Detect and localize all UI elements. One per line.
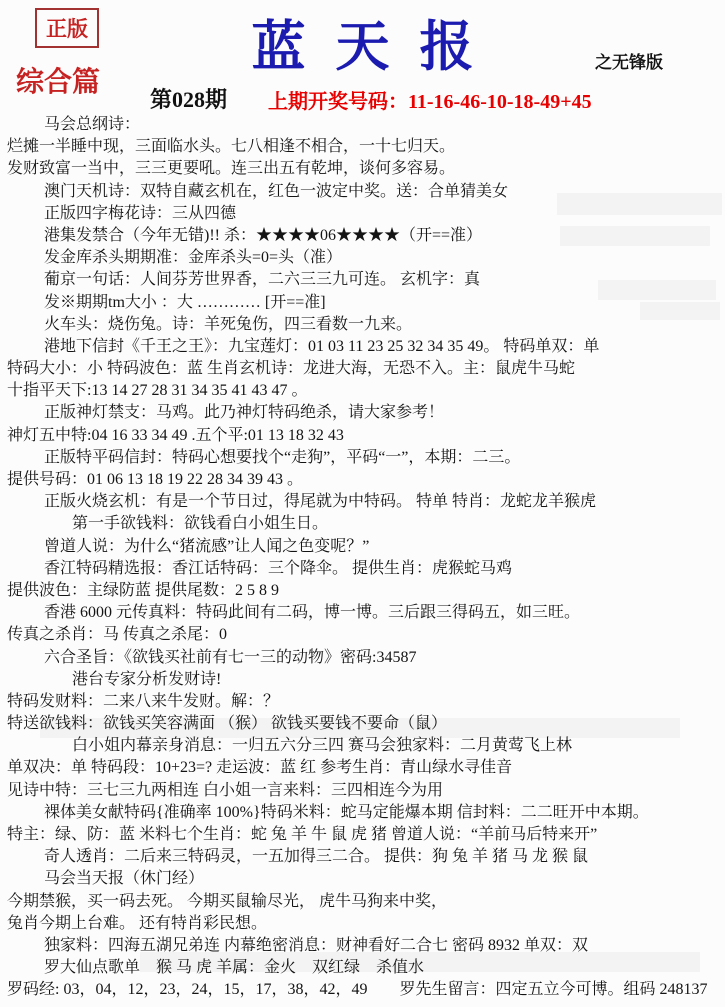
report-line: 单双决：单 特码段：10+23=? 走运波：蓝 红 参考生肖：青山绿水寻佳音 bbox=[0, 757, 725, 779]
report-line: 正版特平码信封：特码心想要找个“走狗”，平码“一”，本期：二三。 bbox=[0, 447, 725, 469]
report-line: 见诗中特：三七三九两相连 白小姐一言来料：三四相连今为用 bbox=[0, 780, 725, 802]
report-line: 正版四字梅花诗：三从四德 bbox=[0, 203, 725, 225]
report-line: 马会总纲诗： bbox=[0, 114, 725, 136]
report-line: 澳门天机诗：双特自藏玄机在，红色一波定中奖。送：合单猜美女 bbox=[0, 181, 725, 203]
report-line: 特主：绿、防：蓝 米料七个生肖：蛇 兔 羊 牛 鼠 虎 猪 曾道人说：“羊前马后… bbox=[0, 824, 725, 846]
report-line: 葡京一句话：人间芬芳世界香，二六三三九可连。 玄机字：真 bbox=[0, 269, 725, 291]
report-line: 提供号码：01 06 13 18 19 22 28 34 39 43 。 bbox=[0, 469, 725, 491]
report-line: 香江特码精选报：香江话特码：三个降伞。 提供生肖：虎猴蛇马鸡 bbox=[0, 558, 725, 580]
section-label: 综合篇 bbox=[16, 60, 100, 100]
report-line: 六合圣旨：《欲钱买社前有七一三的动物》密码:34587 bbox=[0, 647, 725, 669]
report-line: 港地下信封《千王之王》：九宝莲灯：01 03 11 23 25 32 34 35… bbox=[0, 336, 725, 358]
report-line: 第一手欲钱料：欲钱看白小姐生日。 bbox=[0, 513, 725, 535]
report-line: 发※期期tm大小 ：大 ………… [开==准] bbox=[0, 292, 725, 314]
report-line: 独家料：四海五湖兄弟连 内幕绝密消息：财神看好二合七 密码 8932 单双：双 bbox=[0, 935, 725, 957]
report-line: 发财致富一当中，三三更要吼。连三出五有乾坤，谈何多容易。 bbox=[0, 158, 725, 180]
report-line: 白小姐内幕亲身消息：一归五六分三四 赛马会独家料：二月黄莺飞上林 bbox=[0, 735, 725, 757]
report-line: 曾道人说：为什么“猪流感”让人闻之色变呢？” bbox=[0, 536, 725, 558]
edition-label: 之无锋版 bbox=[595, 48, 663, 73]
last-draw-numbers: 上期开奖号码：11-16-46-10-18-49+45 bbox=[268, 85, 592, 114]
report-line: 奇人透肖：二后来三特码灵，一五加得三二合。 提供：狗 兔 羊 猪 马 龙 猴 鼠 bbox=[0, 846, 725, 868]
report-line: 正版火烧玄机：有是一个节日过，得尾就为中特码。 特单 特肖：龙蛇龙羊猴虎 bbox=[0, 491, 725, 513]
report-line: 正版神灯禁支：马鸡。此乃神灯特码绝杀，请大家参考！ bbox=[0, 402, 725, 424]
report-line: 裸体美女献特码{准确率 100%}特码米料：蛇马定能爆本期 信封料：二二旺开中本… bbox=[0, 802, 725, 824]
report-line: 特码大小：小 特码波色：蓝 生肖玄机诗：龙进大海，无恐不入。主：鼠虎牛马蛇 bbox=[0, 358, 725, 380]
report-line: 罗大仙点歌单 猴 马 虎 羊属：金火 双红绿 杀值水 bbox=[0, 957, 725, 979]
report-line: 发金库杀头期期准：金库杀头=0=头（准） bbox=[0, 247, 725, 269]
report-line: 传真之杀肖：马 传真之杀尾：0 bbox=[0, 624, 725, 646]
report-line: 今期禁猴，买一码去死。 今期买鼠输尽光， 虎牛马狗来中奖， bbox=[0, 891, 725, 913]
report-line: 马会当天报（休门经） bbox=[0, 868, 725, 890]
report-line: 火车头：烧伤兔。诗：羊死兔伤，四三看数一九来。 bbox=[0, 314, 725, 336]
report-line: 提供波色：主绿防蓝 提供尾数：2 5 8 9 bbox=[0, 580, 725, 602]
report-line: 十指平天下:13 14 27 28 31 34 35 41 43 47 。 bbox=[0, 380, 725, 402]
report-page: 正版 蓝天报 之无锋版 综合篇 第028期 上期开奖号码：11-16-46-10… bbox=[0, 0, 725, 1007]
report-body: 马会总纲诗：烂摊一半睡中现，三面临水头。七八相逢不相合，一十七归天。发财致富一当… bbox=[0, 114, 725, 1002]
report-line: 港台专家分析发财诗! bbox=[0, 669, 725, 691]
report-line: 烂摊一半睡中现，三面临水头。七八相逢不相合，一十七归天。 bbox=[0, 136, 725, 158]
report-line: 特码发财料：二来八来牛发财。解：？ bbox=[0, 691, 725, 713]
issue-number: 第028期 bbox=[150, 83, 227, 114]
report-line: 港集发禁合（今年无错)!! 杀：★★★★06★★★★（开==准） bbox=[0, 225, 725, 247]
report-line: 神灯五中特:04 16 33 34 49 .五个平:01 13 18 32 43 bbox=[0, 425, 725, 447]
report-line: 香港 6000 元传真料：特码此间有二码，博一博。三后跟三得码五，如三旺。 bbox=[0, 602, 725, 624]
report-line: 罗码经: 03，04，12，23，24，15，17，38，42，49 罗先生留言… bbox=[0, 979, 725, 1001]
report-line: 特送欲钱料：欲钱买笑容满面 （猴） 欲钱买要钱不要命（鼠） bbox=[0, 713, 725, 735]
report-line: 兔肖今期上台难。 还有特肖彩民想。 bbox=[0, 913, 725, 935]
